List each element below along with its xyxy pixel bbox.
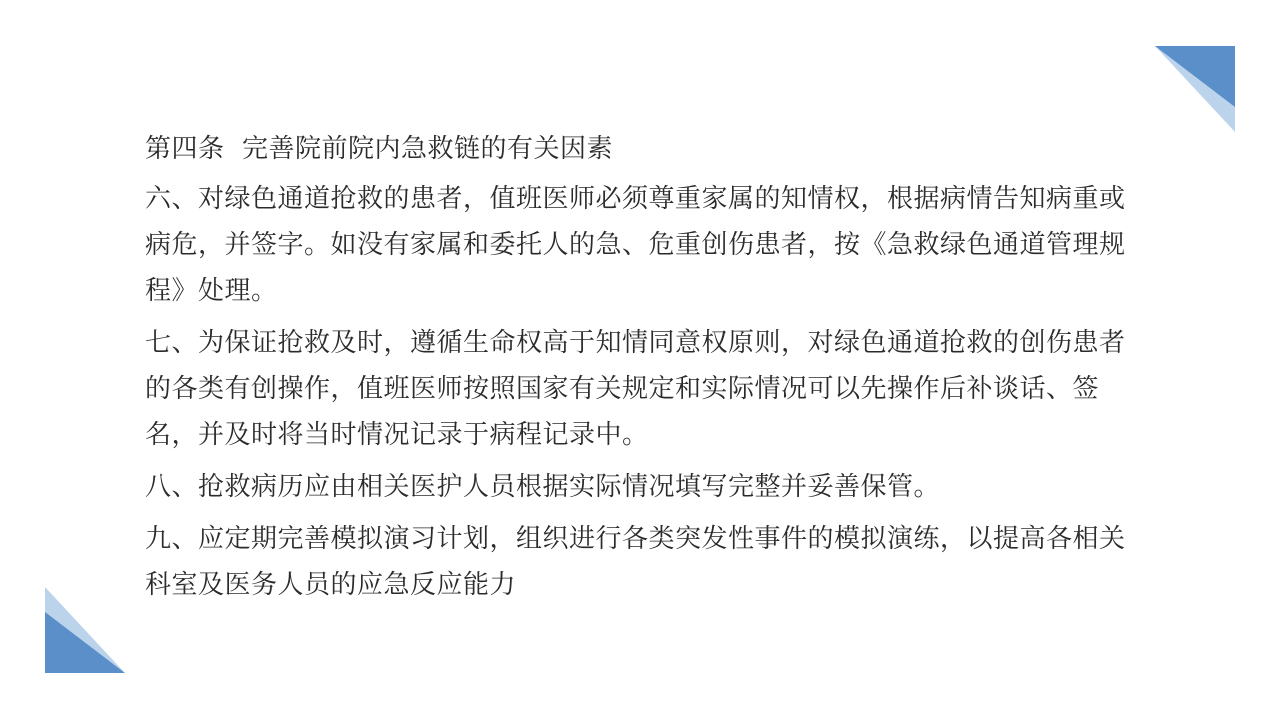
paragraph-item-6: 六、对绿色通道抢救的患者，值班医师必须尊重家属的知情权，根据病情告知病重或病危，… <box>145 176 1135 314</box>
corner-triangle-bottom-left-decoration <box>45 587 125 673</box>
paragraph-item-7: 七、为保证抢救及时，遵循生命权高于知情同意权原则，对绿色通道抢救的创伤患者的各类… <box>145 320 1135 458</box>
slide-heading: 第四条 完善院前院内急救链的有关因素 <box>145 128 1135 170</box>
paragraph-item-9: 九、应定期完善模拟演习计划，组织进行各类突发性事件的模拟演练，以提高各相关科室及… <box>145 516 1135 608</box>
corner-triangle-top-right-decoration <box>1155 46 1235 132</box>
slide-content: 第四条 完善院前院内急救链的有关因素 六、对绿色通道抢救的患者，值班医师必须尊重… <box>145 128 1135 614</box>
paragraph-item-8: 八、抢救病历应由相关医护人员根据实际情况填写完整并妥善保管。 <box>145 464 1135 510</box>
